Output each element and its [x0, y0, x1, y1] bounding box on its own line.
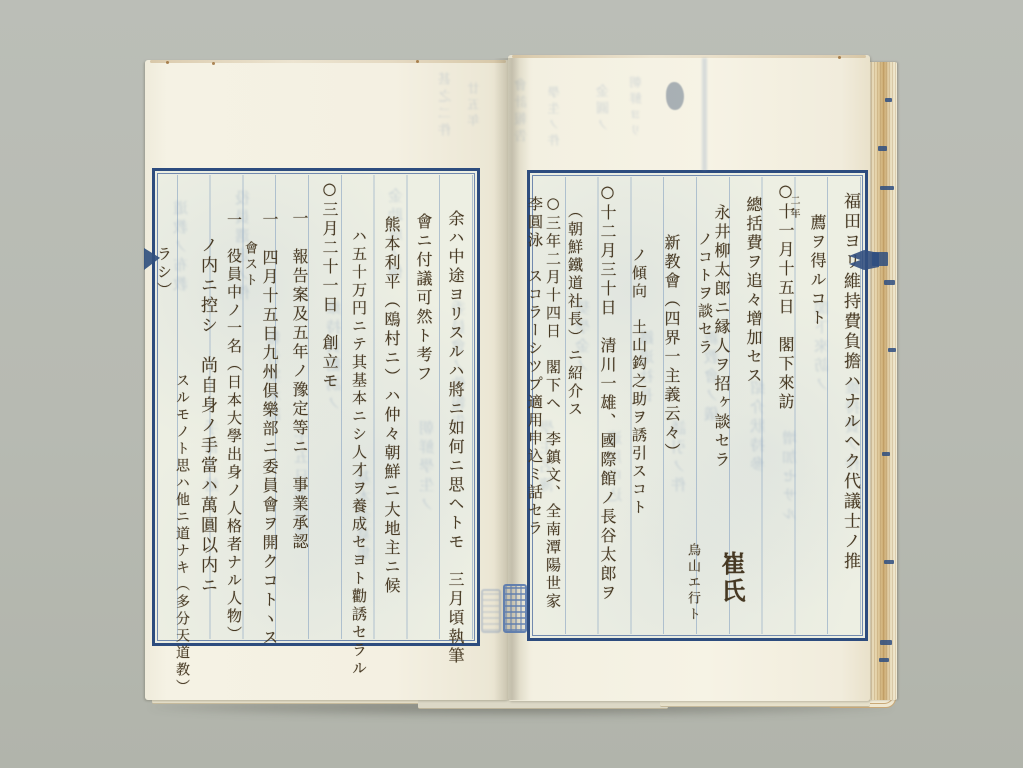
manuscript-column-right-page: 薦ヲ得ルコト: [809, 214, 825, 328]
fore-edge-frame-dash: [884, 280, 895, 285]
manuscript-column-left-page: 一 四月十五日九州倶樂部ニ委員會ヲ開クコトヽス: [261, 211, 277, 648]
manuscript-column-right-page: ○十二月三十日 清川一雄、國際館ノ長谷太郎ヲ: [599, 182, 615, 603]
manuscript-column-right-page: 福田ヨリ維持費負擔ハナルヘク代議士ノ推: [841, 192, 858, 572]
fore-edge-frame-dash: [879, 658, 889, 662]
manuscript-column-right-page: ○三年二月十四日 閣下ヘ 李鎮文、全南潭陽世家: [545, 194, 560, 611]
manuscript-column-right-page: ノコトヲ談セラ: [697, 231, 712, 357]
fore-edge-frame-dash: [882, 452, 890, 456]
manuscript-column-right-page: 烏山エ行ト: [686, 543, 699, 623]
ink-blot-bleedthrough: [666, 82, 684, 110]
manuscript-column-left-page: 熊本利平（鴎村ニ）ハ仲々朝鮮ニ大地主ニ候: [383, 216, 399, 596]
manuscript-column-left-page: ノ内ニ控シ 尚自身ノ手當ハ萬圓以内ニ: [198, 236, 215, 596]
manuscript-column-left-page: 會スト: [243, 241, 256, 289]
manuscript-column-left-page: 一 報告案及五年ノ豫定等ニ 事業承認: [291, 210, 307, 552]
frame-bleedthrough-band: [702, 58, 707, 171]
manuscript-column-right-page: 總括費ヲ追々增加セス: [745, 196, 761, 386]
manuscript-column-right-page: ノ傾向 土山鈎之助ヲ誘引スコト: [631, 247, 646, 517]
fore-edge-frame-dash: [872, 252, 888, 266]
manuscript-column-left-page: 一 役員中ノ一名（日本大學出身ノ人格者ナル人物）: [226, 212, 241, 644]
fore-edge-frame-dash: [880, 640, 892, 645]
manuscript-column-left-page: スルモノト思ハ他ニ道ナキ（多分天道教）: [175, 373, 189, 696]
fore-edge-frame-dash: [885, 98, 892, 102]
manuscript-column-right-page: 崔氏: [719, 551, 743, 605]
manuscript-column-right-page: （朝鮮鐵道社長）ニ紹介ス: [567, 203, 582, 419]
manuscript-column-left-page: 余ハ中途ヨリスルハ將ニ如何ニ思ヘトモ 三月頃執筆: [447, 210, 463, 666]
manuscript-column-left-page: ラシ）: [156, 246, 171, 300]
fore-edge-frame-dash: [884, 560, 894, 564]
manuscript-column-left-page: ○三月二十一日 創立モ: [321, 179, 337, 391]
manuscript-column-right-page: 二年: [788, 195, 798, 221]
fore-edge-frame-dash: [880, 186, 894, 190]
fore-edge-frame-dash: [888, 348, 896, 352]
manuscript-column-left-page: 會ニ付議可然ト考フ: [415, 213, 431, 384]
collector-seal-stamp: [503, 584, 527, 633]
manuscript-column-left-page: ハ五十万円ニテ其基本ニシ人才ヲ養成セヨト勸誘セラル: [351, 228, 366, 678]
photograph-of-open-manuscript-book: 委員會ノ件報告朝鮮學生ノ金助成ノ儀基本金募集維持員勸誘ノ十五日委員會報告案承認役…: [0, 0, 1023, 768]
manuscript-column-right-page: 新教會（四界一主義云々）: [663, 234, 679, 462]
manuscript-column-right-page: 永井柳太郎ニ縁人ヲ招ヶ談セラ: [713, 204, 729, 470]
fore-edge-frame-dash: [878, 146, 887, 151]
collector-seal-bleedthrough: [481, 589, 501, 633]
